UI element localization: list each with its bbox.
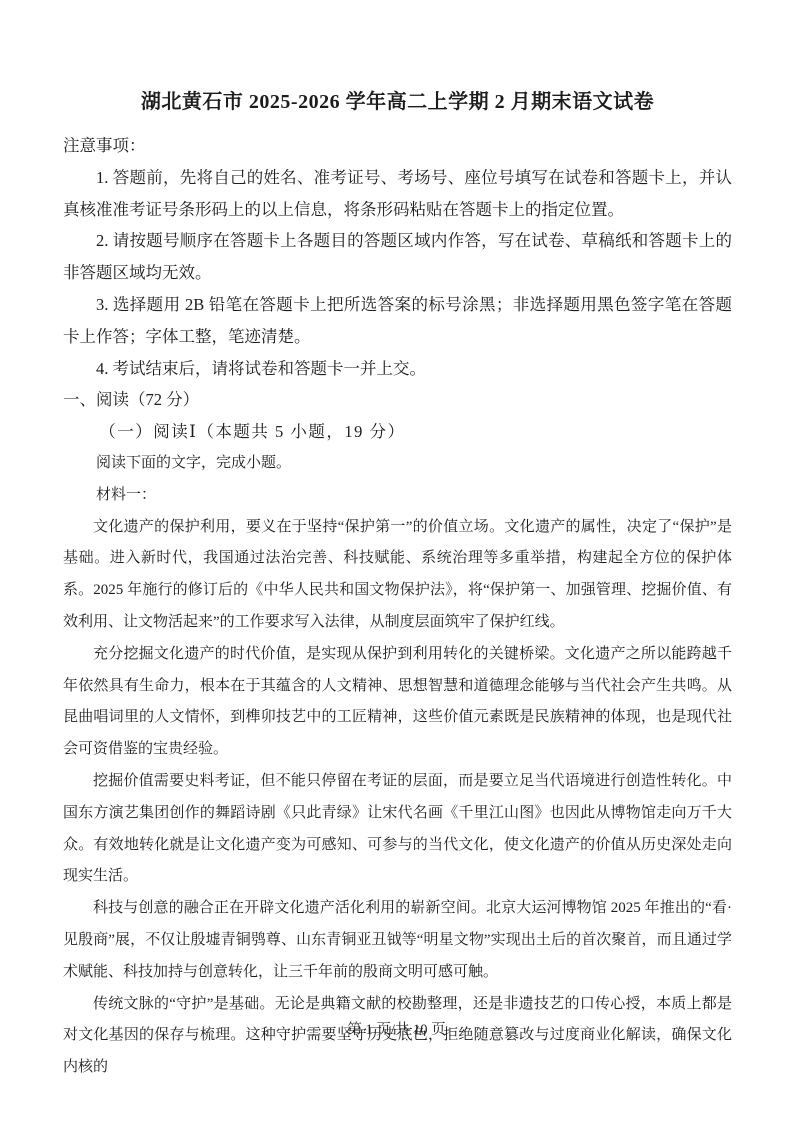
notice-item-2: 2. 请按题号顺序在答题卡上各题目的答题区域内作答，写在试卷、草稿纸和答题卡上的…	[63, 225, 732, 289]
reading-instruction: 阅读下面的文字，完成小题。	[63, 448, 732, 480]
page-title: 湖北黄石市 2025-2026 学年高二上学期 2 月期末语文试卷	[63, 84, 732, 120]
exam-paper-page: 湖北黄石市 2025-2026 学年高二上学期 2 月期末语文试卷 注意事项： …	[0, 0, 793, 1122]
page-number-indicator: 第 1 页/共 10 页	[0, 1020, 793, 1040]
passage-paragraph-2: 充分挖掘文化遗产的时代价值，是实现从保护到利用转化的关键桥梁。文化遗产之所以能跨…	[63, 639, 732, 766]
material-one-label: 材料一：	[63, 480, 732, 512]
page-content: 湖北黄石市 2025-2026 学年高二上学期 2 月期末语文试卷 注意事项： …	[63, 84, 732, 1084]
section-title-reading: 一、阅读（72 分）	[63, 384, 732, 416]
notice-item-4: 4. 考试结束后，请将试卷和答题卡一并上交。	[63, 353, 732, 385]
passage-paragraph-3: 挖掘价值需要史料考证，但不能只停留在考证的层面，而是要立足当代语境进行创造性转化…	[63, 766, 732, 893]
passage-paragraph-1: 文化遗产的保护利用，要义在于坚持“保护第一”的价值立场。文化遗产的属性，决定了“…	[63, 512, 732, 639]
passage-paragraph-4: 科技与创意的融合正在开辟文化遗产活化利用的崭新空间。北京大运河博物馆 2025 …	[63, 893, 732, 988]
notice-item-3: 3. 选择题用 2B 铅笔在答题卡上把所选答案的标号涂黑；非选择题用黑色签字笔在…	[63, 289, 732, 353]
notice-item-1: 1. 答题前，先将自己的姓名、准考证号、考场号、座位号填写在试卷和答题卡上，并认…	[63, 162, 732, 226]
subsection-title-reading-1: （一）阅读Ⅰ（本题共 5 小题，19 分）	[63, 416, 732, 448]
notice-heading: 注意事项：	[63, 130, 732, 162]
